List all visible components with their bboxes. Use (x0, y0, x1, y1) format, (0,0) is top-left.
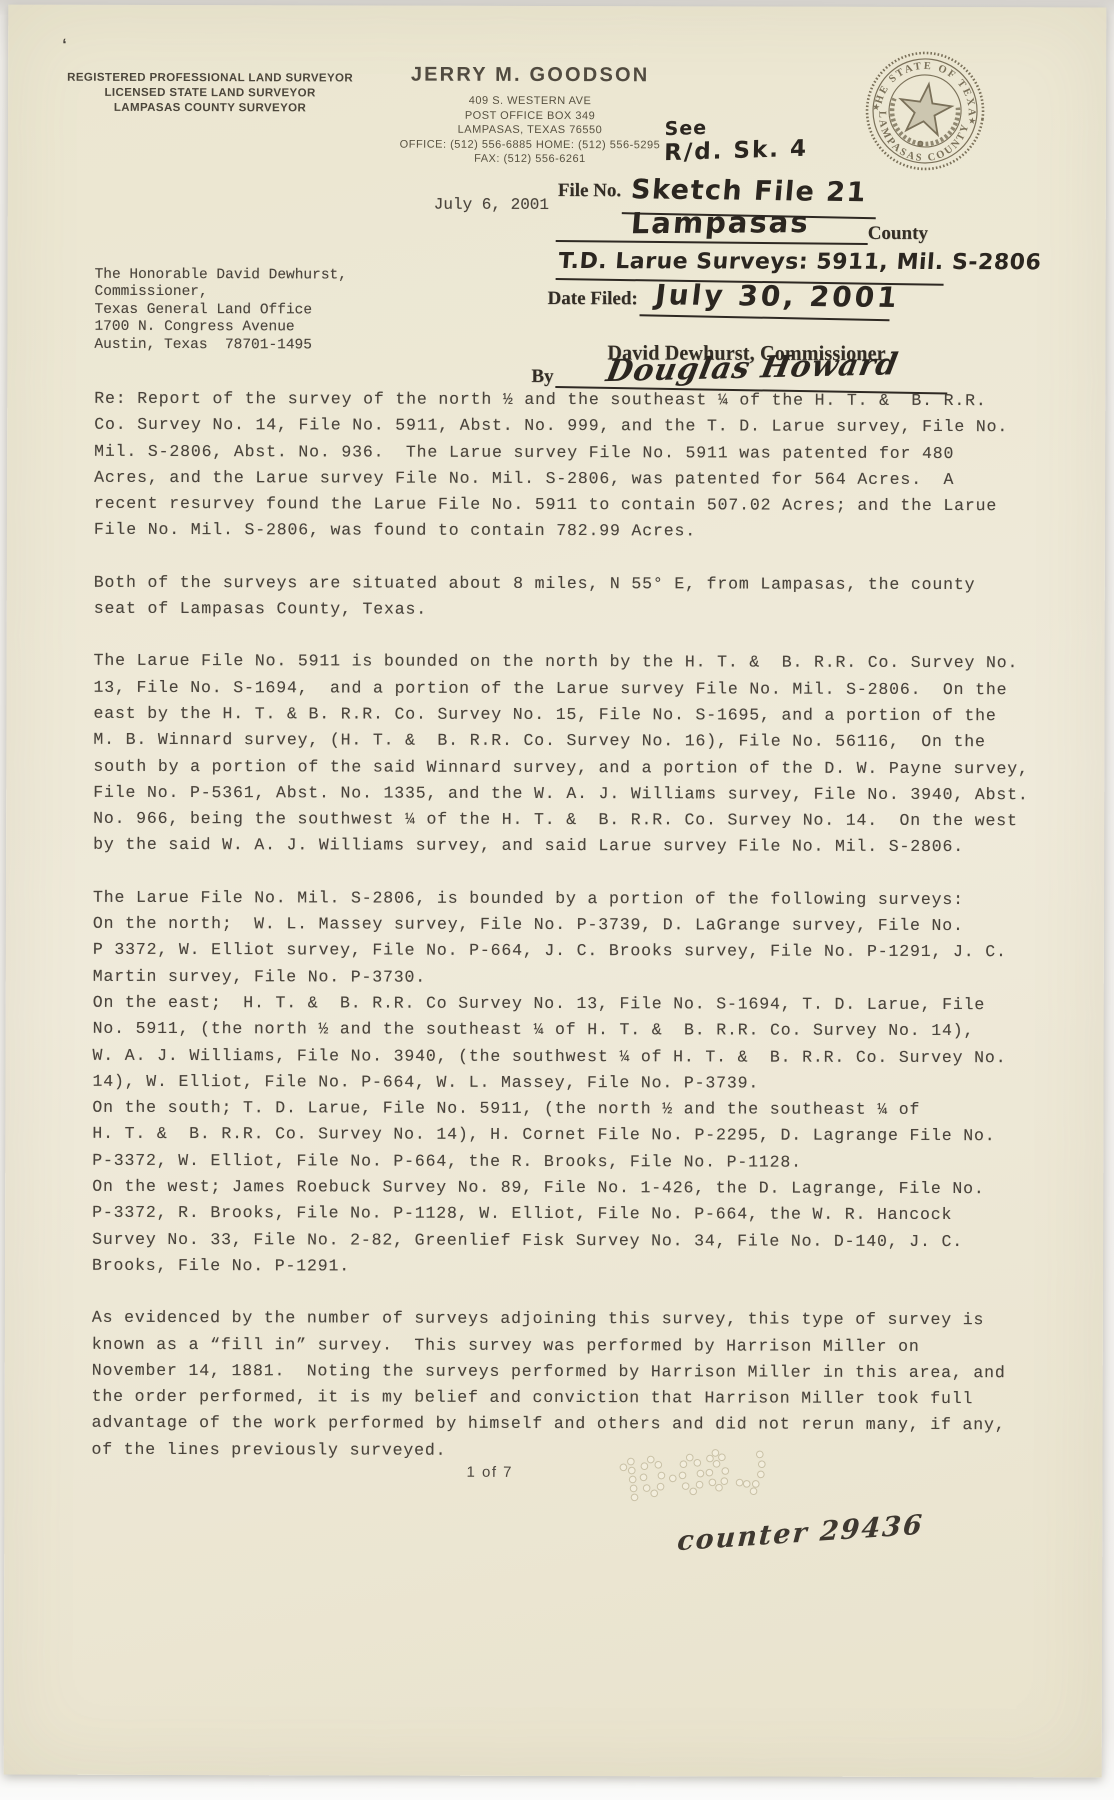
letterhead-name: JERRY M. GOODSON (390, 64, 670, 88)
body-line: H. T. & B. R.R. Co. Survey No. 14), H. C… (92, 1121, 1032, 1150)
seal-star-icon (897, 81, 955, 137)
body-line: November 14, 1881. Noting the surveys pe… (92, 1358, 1032, 1387)
handwritten-see-note: See R/d. Sk. 4 (664, 114, 809, 167)
body-line: Brooks, File No. P-1291. (92, 1253, 1032, 1282)
body-line: Both of the surveys are situated about 8… (94, 570, 1034, 599)
body-line: Co. Survey No. 14, File No. 5911, Abst. … (94, 412, 1034, 441)
body-line: east by the H. T. & B. R.R. Co. Survey N… (93, 701, 1033, 730)
text-line: POST OFFICE BOX 349 (340, 108, 720, 124)
body-line: by the said W. A. J. Williams survey, an… (93, 832, 1033, 861)
body-line: As evidenced by the number of surveys ad… (92, 1305, 1032, 1334)
body-line: seat of Lampasas County, Texas. (94, 596, 1034, 625)
text-line: 1700 N. Congress Avenue (94, 319, 346, 337)
body-paragraph: The Larue File No. Mil. S-2806, is bound… (92, 885, 1033, 1282)
body-line: Martin survey, File No. P-3730. (93, 963, 1033, 992)
body-paragraph: As evidenced by the number of surveys ad… (92, 1305, 1032, 1465)
body-line: Re: Report of the survey of the north ½ … (94, 386, 1034, 415)
text-line: LICENSED STATE LAND SURVEYOR (60, 86, 360, 102)
body-paragraph: The Larue File No. 5911 is bounded on th… (93, 648, 1034, 861)
body-line: On the north; W. L. Massey survey, File … (93, 911, 1033, 940)
body-paragraph: Re: Report of the survey of the north ½ … (94, 386, 1034, 546)
letterhead-address: 409 S. WESTERN AVEPOST OFFICE BOX 349LAM… (340, 93, 720, 167)
text-line: Austin, Texas 78701-1495 (94, 336, 346, 354)
scanned-letter-page: ʻ REGISTERED PROFESSIONAL LAND SURVEYORL… (0, 0, 1114, 1800)
lampasas-county-seal: THE STATE OF TEXAS LAMPASAS COUNTY ★ ★ (859, 45, 991, 177)
page-number: 1 of 7 (466, 1464, 513, 1481)
text-line: OFFICE: (512) 556-6885 HOME: (512) 556-5… (340, 137, 720, 153)
body-line: No. 966, being the southwest ¼ of the H.… (93, 806, 1033, 835)
body-line: known as a “fill in” survey. This survey… (92, 1331, 1032, 1360)
county-label: County (868, 223, 928, 245)
body-paragraph: Both of the surveys are situated about 8… (94, 570, 1034, 625)
text-line: 409 S. WESTERN AVE (340, 93, 720, 109)
seal-left-star-icon: ★ (871, 101, 880, 112)
seal-right-star-icon: ★ (967, 115, 976, 126)
letterhead-titles: REGISTERED PROFESSIONAL LAND SURVEYORLIC… (60, 71, 360, 117)
file-no-label: File No. (558, 180, 621, 202)
body-line: No. 5911, (the north ½ and the southeast… (93, 1016, 1033, 1045)
body-line: 14), W. Elliot, File No. P-664, W. L. Ma… (92, 1069, 1032, 1098)
date-filed-underline (640, 286, 891, 321)
body-line: W. A. J. Williams, File No. 3940, (the s… (93, 1042, 1033, 1071)
body-line: File No. P-5361, Abst. No. 1335, and the… (93, 780, 1033, 809)
body-line: P-3372, W. Elliot, File No. P-664, the R… (92, 1148, 1032, 1177)
body-text: Re: Report of the survey of the north ½ … (91, 386, 1034, 1491)
date-filed-label: Date Filed: (548, 288, 638, 310)
body-line: recent resurvey found the Larue File No.… (94, 491, 1034, 520)
body-line: Mil. S-2806, Abst. No. 936. The Larue su… (94, 438, 1034, 467)
body-line: Survey No. 33, File No. 2-82, Greenlief … (92, 1226, 1032, 1255)
body-line: On the south; T. D. Larue, File No. 5911… (92, 1095, 1032, 1124)
text-line: REGISTERED PROFESSIONAL LAND SURVEYOR (60, 71, 360, 87)
body-line: The Larue File No. Mil. S-2806, is bound… (93, 885, 1033, 914)
by-label: By (531, 366, 553, 388)
body-line: P-3372, R. Brooks, File No. P-1128, W. E… (92, 1200, 1032, 1229)
body-line: M. B. Winnard survey, (H. T. & B. R.R. C… (93, 727, 1033, 756)
text-line: Texas General Land Office (94, 302, 346, 320)
body-line: File No. Mil. S-2806, was found to conta… (94, 517, 1034, 546)
text-line: The Honorable David Dewhurst, (95, 267, 347, 285)
body-line: On the west; James Roebuck Survey No. 89… (92, 1174, 1032, 1203)
perforation-stamp (609, 1435, 796, 1531)
text-line: LAMPASAS, TEXAS 76550 (340, 123, 720, 139)
body-line: of the lines previously surveyed. (92, 1436, 1032, 1465)
body-line: P 3372, W. Elliot survey, File No. P-664… (93, 937, 1033, 966)
county-underline (556, 212, 868, 245)
body-line: south by a portion of the said Winnard s… (93, 753, 1033, 782)
body-line: On the east; H. T. & B. R.R. Co Survey N… (93, 990, 1033, 1019)
body-line: the order performed, it is my belief and… (92, 1384, 1032, 1413)
body-line: advantage of the work performed by himse… (92, 1410, 1032, 1439)
paper-sheet: ʻ REGISTERED PROFESSIONAL LAND SURVEYORL… (4, 5, 1107, 1778)
text-line: LAMPASAS COUNTY SURVEYOR (60, 101, 360, 117)
recipient-address: The Honorable David Dewhurst,Commissione… (94, 267, 347, 355)
text-line: Commissioner, (95, 284, 347, 302)
body-line: The Larue File No. 5911 is bounded on th… (94, 648, 1034, 677)
body-line: 13, File No. S-1694, and a portion of th… (93, 674, 1033, 703)
body-line: Acres, and the Larue survey File No. Mil… (94, 465, 1034, 494)
stray-pen-mark: ʻ (62, 37, 67, 55)
letter-date: July 6, 2001 (434, 196, 549, 214)
